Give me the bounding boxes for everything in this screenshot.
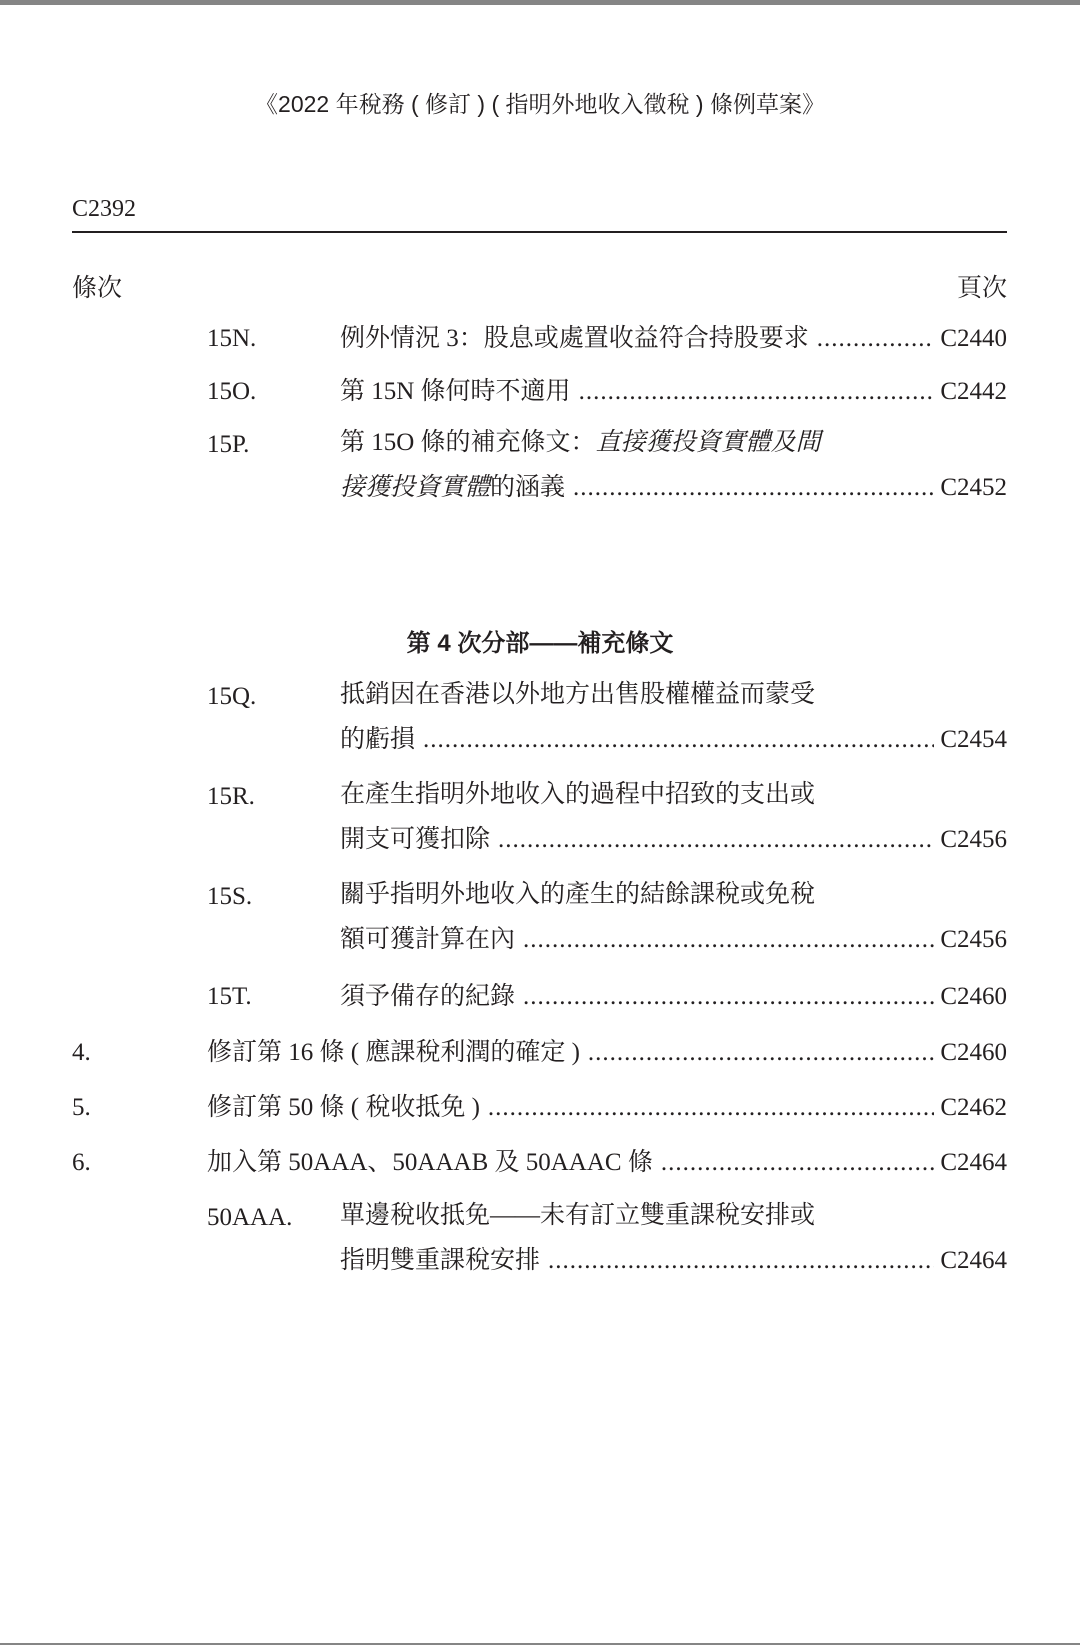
section-title-cont: 額可獲計算在內 bbox=[340, 916, 515, 964]
clause-title: 修訂第 16 條 ( 應課稅利潤的確定 ) bbox=[207, 1029, 580, 1077]
section-number: 15T. bbox=[207, 973, 252, 1021]
section-title-defined-term: 直接獲投資實體及間 bbox=[596, 429, 821, 456]
section-number: 15R. bbox=[207, 773, 255, 821]
dot-leader bbox=[588, 1029, 934, 1077]
page-ref[interactable]: C2464 bbox=[940, 1237, 1007, 1285]
dot-leader bbox=[498, 816, 934, 864]
clause-number: 5. bbox=[72, 1084, 91, 1132]
section-number: 15O. bbox=[207, 368, 256, 416]
dot-leader bbox=[423, 716, 934, 764]
section-title: 單邊稅收抵免——未有訂立雙重課稅安排或 bbox=[340, 1194, 815, 1237]
dot-leader bbox=[579, 368, 935, 416]
dot-leader bbox=[573, 464, 934, 512]
page-ref[interactable]: C2442 bbox=[940, 368, 1007, 416]
clause-number: 4. bbox=[72, 1029, 91, 1077]
section-number: 15S. bbox=[207, 873, 252, 921]
section-title: 關乎指明外地收入的產生的結餘課稅或免稅 bbox=[340, 873, 815, 916]
section-title: 第 15N 條何時不適用 bbox=[340, 368, 571, 416]
section-number: 15N. bbox=[207, 315, 256, 363]
page-ref[interactable]: C2460 bbox=[940, 973, 1007, 1021]
clause-title: 修訂第 50 條 ( 稅收抵免 ) bbox=[207, 1084, 480, 1132]
subdivision-heading: 第 4 次分部——補充條文 bbox=[0, 623, 1080, 658]
document-title: 《2022 年稅務 ( 修訂 ) ( 指明外地收入徵稅 ) 條例草案》 bbox=[0, 86, 1080, 119]
page-ref[interactable]: C2464 bbox=[940, 1139, 1007, 1187]
clause-title: 加入第 50AAA、50AAAB 及 50AAAC 條 bbox=[207, 1139, 653, 1187]
section-title-defined-term: 接獲投資實體 bbox=[340, 474, 490, 501]
dot-leader bbox=[817, 315, 935, 363]
column-header-page: 頁次 bbox=[957, 268, 1007, 304]
section-title: 例外情況 3：股息或處置收益符合持股要求 bbox=[340, 315, 809, 363]
top-border bbox=[0, 0, 1080, 5]
dot-leader bbox=[548, 1237, 934, 1285]
section-title-cont: 指明雙重課稅安排 bbox=[340, 1237, 540, 1285]
page-ref[interactable]: C2440 bbox=[940, 315, 1007, 363]
page-ref[interactable]: C2460 bbox=[940, 1029, 1007, 1077]
header-rule bbox=[72, 231, 1007, 233]
section-title: 在產生指明外地收入的過程中招致的支出或 bbox=[340, 773, 815, 816]
column-header-section: 條次 bbox=[72, 268, 122, 304]
section-title-cont: 開支可獲扣除 bbox=[340, 816, 490, 864]
clause-number: 6. bbox=[72, 1139, 91, 1187]
section-number: 15P. bbox=[207, 421, 249, 469]
section-number: 15Q. bbox=[207, 673, 256, 721]
page-ref[interactable]: C2454 bbox=[940, 716, 1007, 764]
page-ref[interactable]: C2452 bbox=[940, 464, 1007, 512]
dot-leader bbox=[523, 916, 934, 964]
section-title-part: 第 15O 條的補充條文： bbox=[340, 429, 596, 456]
section-number: 50AAA. bbox=[207, 1194, 292, 1242]
page-ref[interactable]: C2462 bbox=[940, 1084, 1007, 1132]
dot-leader bbox=[523, 973, 934, 1021]
page-ref[interactable]: C2456 bbox=[940, 816, 1007, 864]
section-title-cont: 的虧損 bbox=[340, 716, 415, 764]
section-title-part: 的涵義 bbox=[490, 474, 565, 501]
page-number: C2392 bbox=[72, 196, 136, 223]
dot-leader bbox=[488, 1084, 934, 1132]
page-ref[interactable]: C2456 bbox=[940, 916, 1007, 964]
section-title: 抵銷因在香港以外地方出售股權權益而蒙受 bbox=[340, 673, 815, 716]
dot-leader bbox=[661, 1139, 934, 1187]
section-title: 須予備存的紀錄 bbox=[340, 973, 515, 1021]
